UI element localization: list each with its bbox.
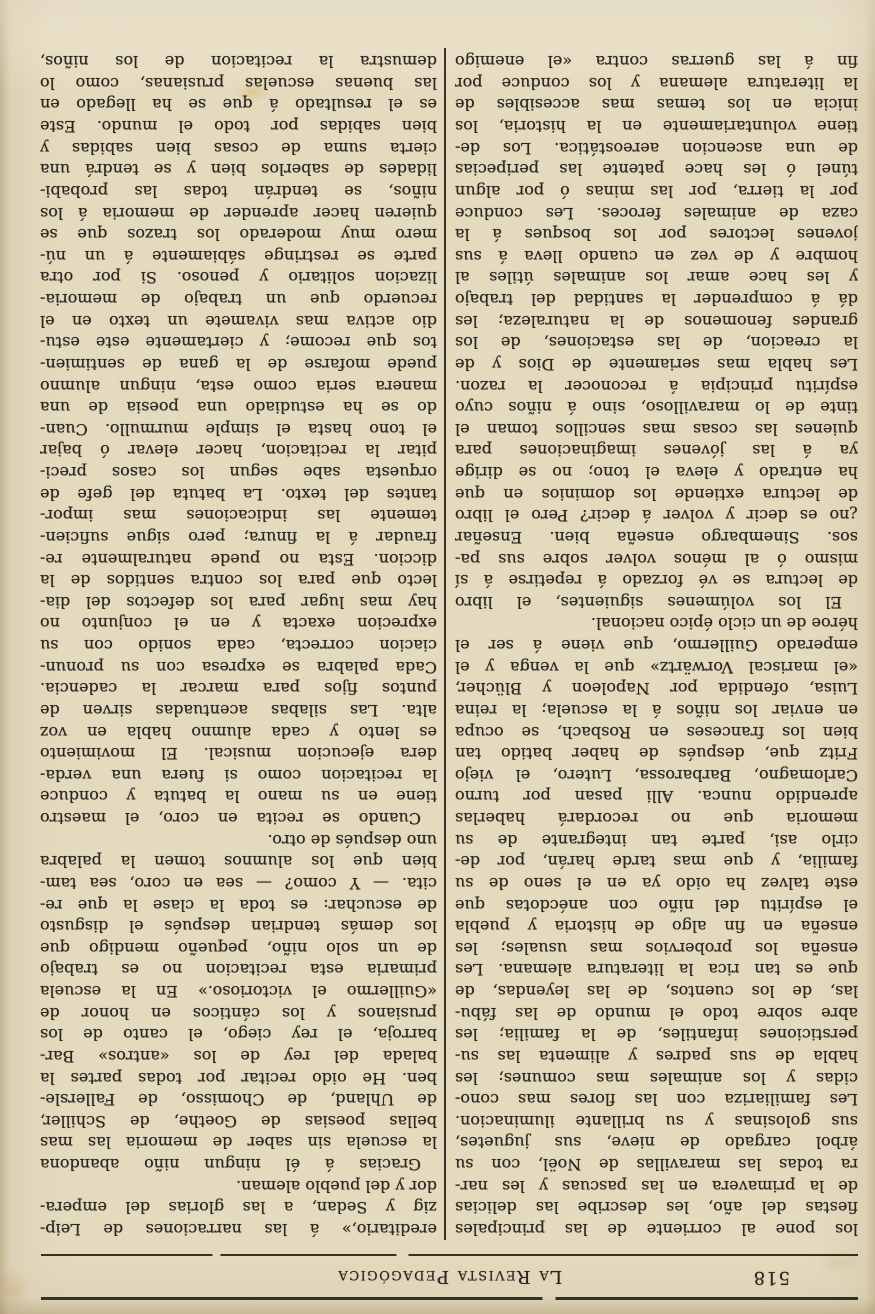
text-line: bellas poesias de Goethe, de Schiller, [40,1110,437,1132]
text-line: el tono hasta el simple murmullo. Cuan- [40,418,437,440]
text-line: abre sobre todo el mundo de las fábu- [455,1002,858,1024]
text-line: fraudar á la finura; pero sigue suficien… [40,526,437,548]
text-line: Les familiariza con las flores mas cono- [455,1089,858,1111]
text-line: mero muy moderado los trazos que se [40,224,437,246]
text-line: prusianos y los cánticos en honor de [40,1002,437,1024]
text-line: puntos fijos para marcar la cadencia. [40,678,437,700]
text-line: la literatura alemana y los conduce por [455,72,858,94]
text-line: caza de animales feroces. Les conduce [455,202,858,224]
text-line: quienes las cosas mas sencillos toman el [455,418,858,440]
text-line: pitar la recitacion, hacer elevar ó baja… [40,440,437,462]
text-line: Carlomagno, Barbarossa, Lutero, el viejo [455,764,858,786]
text-line: las buenas escuelas prusianas, como lo [40,72,437,94]
text-line: Fritz que, después de haber batido tan [455,743,858,765]
text-line: orquesta sabe segun los casos preci- [40,462,437,484]
text-line: Les habla mas seriamente de Dios y de [455,353,858,375]
text-line: de la primavera en las pascuas y les nar… [455,1175,858,1197]
text-line: tantes del texto. La batuta del gefe de [40,483,437,505]
text-line: lidades de saberlos bien y se tendrá una [40,159,437,181]
text-line: temente las indicaciones mas impor- [40,505,437,527]
text-line: quieren hacer aprender de memoria á los [40,202,437,224]
text-line: sos. Sinembargo enseña bien. Enseñar [455,526,858,548]
text-line: do se ha estudiado una poesia de una [40,397,437,419]
text-line: balada del rey de los «antros» Bar- [40,1045,437,1067]
text-line: tinte de lo maravilloso, sino á niños cu… [455,397,858,419]
text-line: ¿no es decir y volver á decir? Pero el l… [455,505,858,527]
text-line: exprecion exacta y en el conjunto no [40,613,437,635]
text-line: El los volúmenes siguientes, el libro [455,591,858,613]
text-line: por la tierra, por las minas ó por algun [455,180,858,202]
text-line: árbol cargado de nieve, sus juguetes, [455,1132,858,1154]
text-line: «el mariscal Vorwärtz» que la venga y el [455,656,858,678]
text-line: hombre y de vez en cuando lleva á sus [455,245,858,267]
text-line: puede mofarse de la gana de sentimien- [40,353,437,375]
text-columns: los pone al corriente de las principales… [40,48,858,1240]
text-line: alta. Las silabas acentuadas sirven de [40,699,437,721]
text-line: grandes fenomenos de la naturaleza; les [455,310,858,332]
text-line: de lectura se vé forzado á repetirse á s… [455,570,858,592]
text-line: aprendido nunca. Alli pasan por turno [455,786,858,808]
text-line: enseña en fin algo de historia y puebla [455,916,858,938]
scanned-page: 518 La Revista Pedagógica los pone al co… [0,0,875,1314]
text-line: jovenes lectores por los bosques á la [455,224,858,246]
text-line: uno después de otro. [40,829,437,851]
text-line: el espíritu del niño con anécdotas que [455,894,858,916]
text-line: bien sabidas por todo el mundo. Este [40,116,437,138]
text-line: ha entrado y eleva el tono; no se dirige [455,462,858,484]
text-line: demustra la recitacion de los niños, [40,51,437,73]
text-line: tiene voluntariamente en la historia, lo… [455,116,858,138]
text-line: ra todas las maravillas de Noël, con su [455,1154,858,1176]
text-line: de Uhland, de Chomisso, de Fallersle- [40,1089,437,1111]
text-line: recuerdo que un trabajo de memoria- [40,289,437,311]
text-line: este talvez ha oido ya en el seno de su [455,872,858,894]
text-line: espíritu principia á reconocer la razon. [455,375,858,397]
text-line: familia, y que mas tarde harán, por de- [455,851,858,873]
text-line: ereditario,» á las narraciones de Leip- [40,1218,437,1240]
text-line: lizacion solitario y penoso. Si por otra [40,267,437,289]
text-line: es lento y cada alumno habla en voz [40,721,437,743]
text-line: emperado Guillermo, que viene á ser el [455,635,858,657]
text-line: cita. — Y como? — sea en coro, sea tam- [40,872,437,894]
text-line: de un solo niño, pequeño mendigo que [40,937,437,959]
text-line: cirlo asi, parte tan integrante de su [455,829,858,851]
text-line: cidas y los animales mas comunes; les [455,1067,858,1089]
text-line: y les hace amar los animales útiles al [455,267,858,289]
text-line: de lectura extiende los dominios en que [455,483,858,505]
text-line: dera ejecucion musical. El movimiento [40,743,437,765]
text-line: manera seria como esta, ningun alumno [40,375,437,397]
text-line: mismo ó al ménos volver sobre sus pa- [455,548,858,570]
text-line: ben. He oido recitar por todas partes la [40,1067,437,1089]
text-column-right: ereditario,» á las narraciones de Leip-z… [40,48,437,1240]
page-header: 518 La Revista Pedagógica [0,1242,875,1314]
text-line: la creacion, de las estaciones, de los [455,332,858,354]
text-line: hay mas lugar para los defectos del dia- [40,591,437,613]
text-line: dor y del pueblo aleman. [40,1175,437,1197]
text-line: las, de los cuentos, de las leyendas, de [455,981,858,1003]
text-line: de una ascencion aereostática. Los de- [455,137,858,159]
text-line: bien los franceses en Rosbach, se ocupa [455,721,858,743]
text-line: «Guillermo el victorioso.» En la escuela [40,981,437,1003]
text-line: Luisa, ofendida por Napoleon y Blücher, [455,678,858,700]
text-line: enseña los probervios mas usuales; les [455,937,858,959]
text-line: fiestas del año, les describe las delici… [455,1197,858,1219]
text-line: memoria que no recordará haberlas [455,808,858,830]
header-rule-inner [41,1254,858,1256]
text-line: ciacion correcta, cada sonido con su [40,635,437,657]
text-line: tiene en su mano la batuta y conduce [40,786,437,808]
text-line: en enviar los niños á la escuela; la rei… [455,699,858,721]
text-line: héroe de un ciclo épico nacional. [455,613,858,635]
text-line: es el resultado á que se ha llegado en [40,94,437,116]
text-line: fin á las guerras contra «el enemigo [455,51,858,73]
header-row: 518 La Revista Pedagógica [41,1262,858,1288]
text-line: Gracias á él ningun niño abandona [40,1154,437,1176]
text-line: tos que recome; y ciertamente este estu- [40,332,437,354]
text-column-left: los pone al corriente de las principales… [455,48,858,1240]
text-line: de escuchar: es toda la clase la que re- [40,894,437,916]
text-line: la recitacion como si fuera una verda- [40,764,437,786]
text-line: bien que los alumnos tomen la palabra [40,851,437,873]
text-line: barroja, el rey ciego, el canto de los [40,1024,437,1046]
text-line: los demás tendrian después el disgusto [40,916,437,938]
text-line: Cada palabra se expresa con su pronun- [40,656,437,678]
text-line: que es tan rica la literatura alemana. L… [455,959,858,981]
text-line: niños, se tendrán todas las probabi- [40,180,437,202]
header-rule-outer [41,1297,858,1300]
text-line: ya á las jóvenes imaginaciones para [455,440,858,462]
text-line: cierta suma de cosas bien sabidas y [40,137,437,159]
text-line: dio activa mas vivamete un texto en el [40,310,437,332]
journal-title: La Revista Pedagógica [41,1266,858,1287]
text-line: túnel ó les hace patente las peripecias [455,159,858,181]
column-divider-rule [444,48,446,1240]
text-line: diccion. Esta no puede naturalmente re- [40,548,437,570]
text-line: habla de sus padres y alimenta las su- [455,1045,858,1067]
text-line: inicia en los temas mas accesibles de [455,94,858,116]
text-line: primaria esta recitacion no es trabajo [40,959,437,981]
page-content-rotated-180: 518 La Revista Pedagógica los pone al co… [0,0,875,1314]
text-line: persticiones infantiles, de la familia; … [455,1024,858,1046]
text-line: los pone al corriente de las principales [455,1218,858,1240]
text-line: zig y Sedan, a las glorias del empera- [40,1197,437,1219]
text-line: dá á comprender la santidad del trabajo [455,289,858,311]
text-line: lecto que para los contra sentidos de la [40,570,437,592]
text-line: la escuela sin saber de memoria las mas [40,1132,437,1154]
text-line: parte se restringe sábiamente á un nú- [40,245,437,267]
text-line: sus golosinas y su brillante iluminacion… [455,1110,858,1132]
text-line: Cuando se recita en coro, el maestro [40,808,437,830]
